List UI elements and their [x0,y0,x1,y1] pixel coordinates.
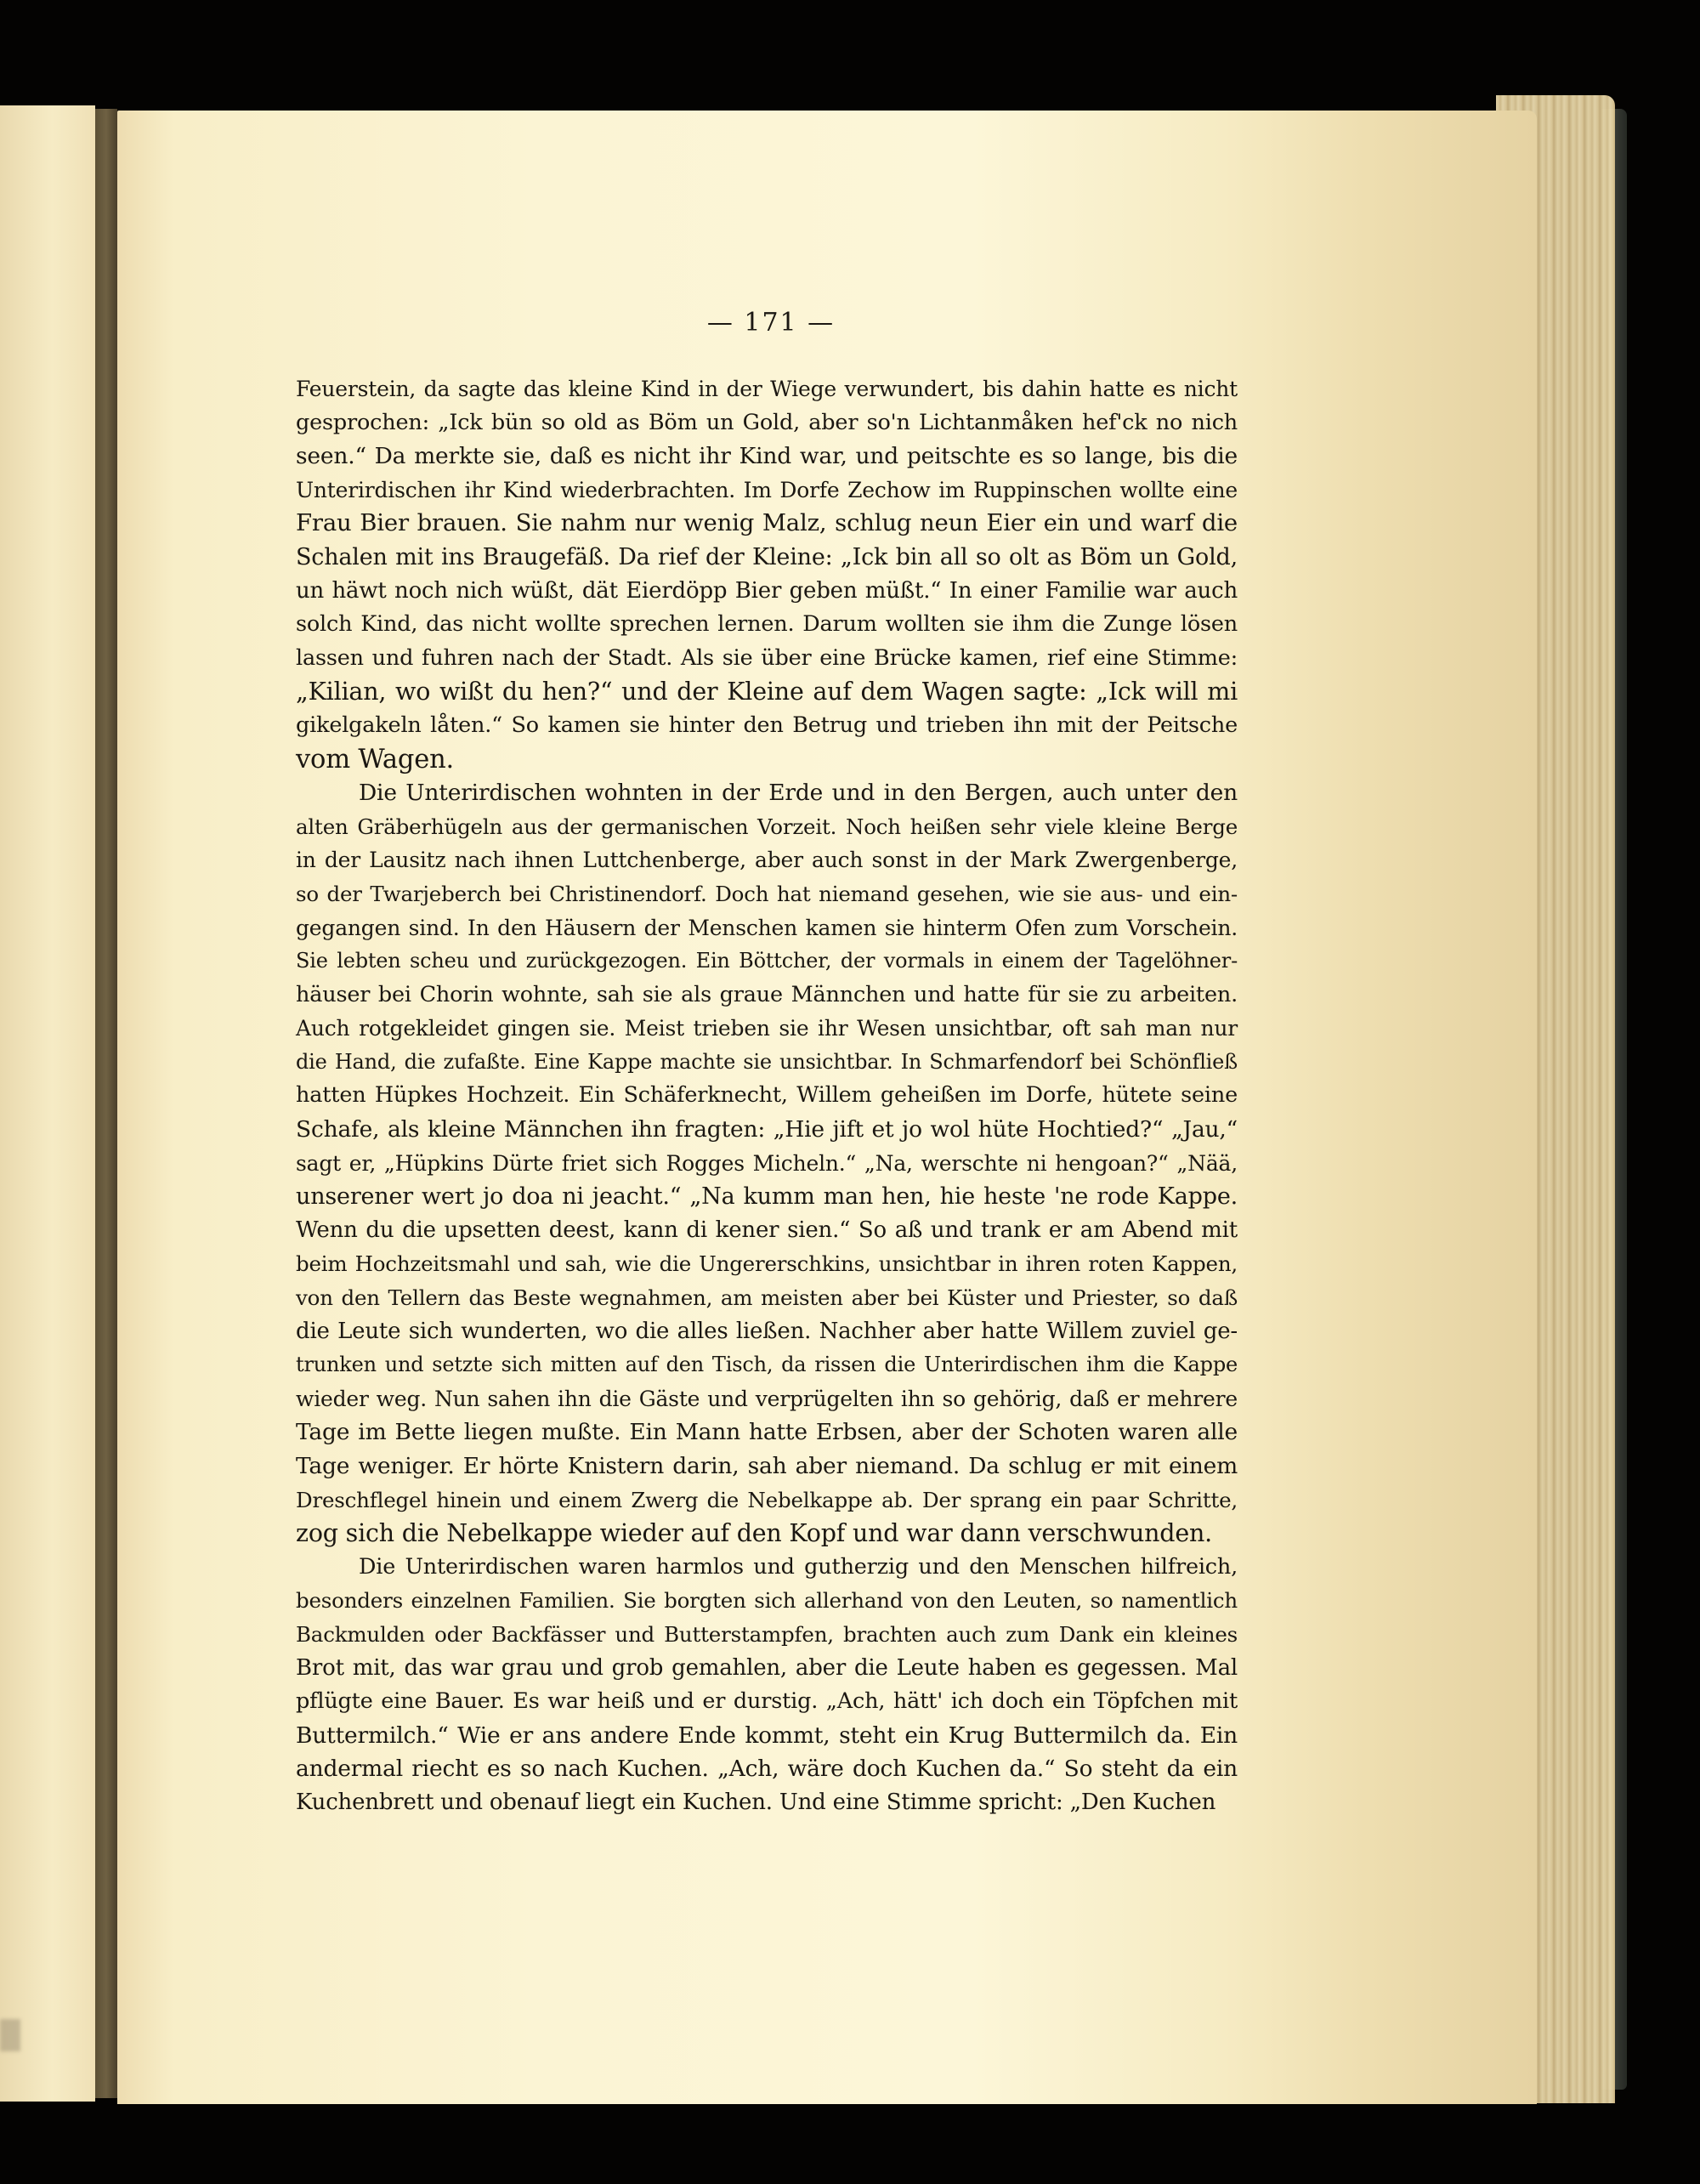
text-line: „Kilian, wo wißt du hen?“ und der Kleine… [296,675,1238,709]
text-line: von den Tellern das Beste wegnahmen, am … [296,1281,1238,1315]
text-line: Die Unterirdischen waren harmlos und gut… [296,1551,1238,1585]
page-text-block: — 171 — Feuerstein, da sagte das kleine … [296,306,1238,1820]
text-line: Sie lebten scheu und zurückgezogen. Ein … [296,945,1238,979]
paragraph: Die Unterirdischen wohnten in der Erde u… [296,776,1238,1551]
left-page-edge [0,105,95,2102]
text-line: andermal riecht es so nach Kuchen. „Ach,… [296,1752,1238,1786]
text-line: häuser bei Chorin wohnte, sah sie als gr… [296,979,1238,1013]
text-line: Kuchenbrett und obenauf liegt ein Kuchen… [296,1786,1238,1820]
body-paragraphs: Feuerstein, da sagte das kleine Kind in … [296,372,1238,1820]
text-line: Schafe, als kleine Männchen ihn fragten:… [296,1113,1238,1147]
text-line: zog sich die Nebelkappe wieder auf den K… [296,1517,1238,1551]
text-line: lassen und fuhren nach der Stadt. Als si… [296,642,1238,676]
book-gutter [95,109,117,2098]
text-line: Die Unterirdischen wohnten in der Erde u… [296,776,1238,810]
text-line: Backmulden oder Backfässer und Buttersta… [296,1618,1238,1652]
text-line: wieder weg. Nun sahen ihn die Gäste und … [296,1382,1238,1416]
text-line: Tage im Bette liegen mußte. Ein Mann hat… [296,1415,1238,1449]
text-line: Tage weniger. Er hörte Knistern darin, s… [296,1449,1238,1483]
text-line: sagt er, „Hüpkins Dürte friet sich Rogge… [296,1147,1238,1181]
text-line: Schalen mit ins Braugefäß. Da rief der K… [296,541,1238,575]
paragraph: Feuerstein, da sagte das kleine Kind in … [296,372,1238,776]
page-number-label: — 171 — [707,306,835,340]
text-line: Brot mit, das war grau und grob gemahlen… [296,1652,1238,1686]
text-line: so der Twarjeberch bei Christinendorf. D… [296,877,1238,911]
text-line: die Leute sich wunderten, wo die alles l… [296,1315,1238,1349]
text-line: Unterirdischen ihr Kind wiederbrachten. … [296,474,1238,508]
text-line: Wenn du die upsetten deest, kann di kene… [296,1214,1238,1248]
page-number: — 171 — [304,306,1238,357]
text-line: un häwt noch nich wüßt, dät Eierdöpp Bie… [296,575,1238,609]
book-scan: — 171 — Feuerstein, da sagte das kleine … [0,0,1700,2184]
text-line: die Hand, die zufaßte. Eine Kappe machte… [296,1046,1238,1080]
text-line: trunken und setzte sich mitten auf den T… [296,1348,1238,1382]
text-line: besonders einzelnen Familien. Sie borgte… [296,1584,1238,1618]
text-line: seen.“ Da merkte sie, daß es nicht ihr K… [296,440,1238,474]
text-line: Auch rotgekleidet gingen sie. Meist trie… [296,1012,1238,1046]
text-line: Feuerstein, da sagte das kleine Kind in … [296,372,1238,406]
text-line: Dreschflegel hinein und einem Zwerg die … [296,1483,1238,1517]
text-line: alten Gräberhügeln aus der germanischen … [296,810,1238,844]
paragraph: Die Unterirdischen waren harmlos und gut… [296,1551,1238,1820]
text-line: beim Hochzeitsmahl und sah, wie die Unge… [296,1247,1238,1281]
text-line: pflügte eine Bauer. Es war heiß und er d… [296,1685,1238,1719]
text-line: vom Wagen. [296,743,1238,777]
text-line: Buttermilch.“ Wie er ans andere Ende kom… [296,1719,1238,1753]
text-line: unserener wert jo doa ni jeacht.“ „Na ku… [296,1180,1238,1214]
text-line: gesprochen: „Ick bün so old as Böm un Go… [296,406,1238,440]
text-line: gikelgakeln låten.“ So kamen sie hinter … [296,709,1238,743]
text-line: gegangen sind. In den Häusern der Mensch… [296,911,1238,945]
text-line: Frau Bier brauen. Sie nahm nur wenig Mal… [296,507,1238,541]
text-line: hatten Hüpkes Hochzeit. Ein Schäferknech… [296,1079,1238,1113]
text-line: in der Lausitz nach ihnen Luttchenberge,… [296,843,1238,877]
left-page-bleed-mark [0,2019,20,2051]
text-line: solch Kind, das nicht wollte sprechen le… [296,608,1238,642]
